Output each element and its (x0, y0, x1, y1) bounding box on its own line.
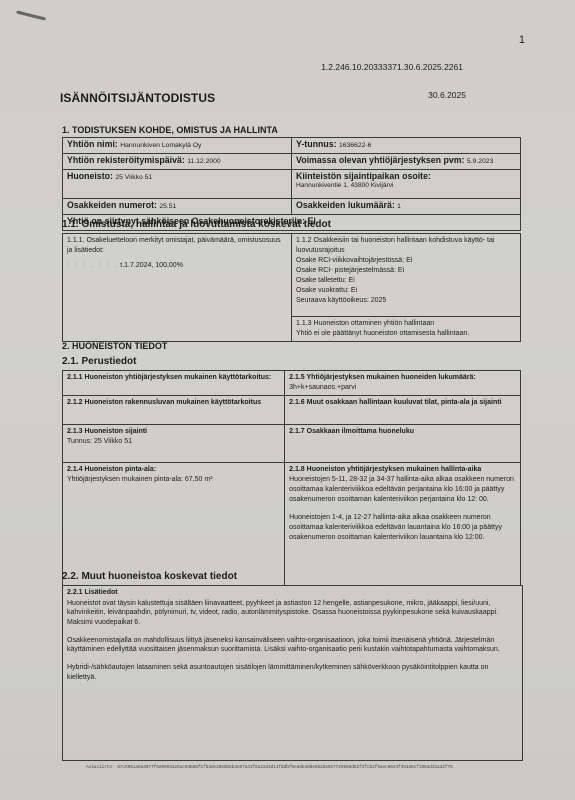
share-numbers: 25.51 (159, 203, 176, 210)
share-numbers-cell: Osakkeiden numerot: 25.51 (63, 199, 292, 215)
articles-date: 5.9.2023 (467, 158, 493, 165)
owners-cell: 1.1.1. Osakeluetteloon merkityt omistaja… (63, 234, 292, 342)
additional-info-paragraph: Osakkeenomistajalla on mahdollisuus liit… (67, 636, 518, 655)
document-page: 1 1.2.246.10.20333371.30.6.2025.2261 ISÄ… (0, 0, 575, 800)
takeover-title: 1.1.3 Huoneiston ottaminen yhtiön hallin… (296, 319, 516, 329)
share-count: 1 (397, 203, 401, 210)
restrictions-cell: 1.1.2 Osakkeisiin tai huoneiston hallint… (292, 234, 521, 317)
tenure-period-1: Huoneistojen 5-11, 28-32 ja 34-37 hallin… (289, 475, 516, 505)
restriction-2: Osake talletettu: Ei (296, 276, 516, 286)
restriction-1: Osake RCI- pistejärjestelmässä: Ei (296, 266, 516, 276)
takeover-text: Yhtiö ei ole päättänyt huoneiston ottami… (296, 329, 516, 339)
owner-details: t.1.7.2024, 100,00% (120, 262, 183, 269)
cell-2-1-5: 2.1.5 Yhtiöjärjestyksen mukainen huoneid… (285, 371, 521, 396)
takeover-cell: 1.1.3 Huoneiston ottaminen yhtiön hallin… (292, 317, 521, 342)
cell-2-1-8: 2.1.8 Huoneiston yhtiöjärjestyksen mukai… (285, 463, 521, 586)
restriction-4: Seuraava käyttöoikeus: 2025 (296, 296, 516, 306)
property-address: Hannunkiventie 1, 43800 Kivijärvi (296, 182, 516, 189)
additional-info-box: 2.2.1 Lisätiedot Huoneistot ovat täysin … (62, 585, 523, 761)
additional-info-title: 2.2.1 Lisätiedot (67, 588, 518, 598)
floor-area: Yhtiöjärjestyksen mukainen pinta-ala: 67… (67, 475, 280, 485)
additional-info-paragraph: Huoneistot ovat täysin kalustettuja sisä… (67, 599, 518, 627)
document-hash: Asiasiirto: 87c6651a9a3977f6e0993425ac04… (86, 765, 453, 770)
page-number: 1 (519, 34, 525, 46)
cell-2-1-7: 2.1.7 Osakkaan ilmoittama huoneluku (285, 425, 521, 463)
company-name-cell: Yhtiön nimi: Hannunkiven Lomakylä Oy (63, 138, 292, 154)
owner-entry: : : : . : : . t.1.7.2024, 100,00% (67, 262, 287, 269)
restrictions-title: 1.1.2 Osakkeisiin tai huoneiston hallint… (296, 236, 516, 256)
ownership-table: 1.1.1. Osakeluetteloon merkityt omistaja… (62, 233, 521, 342)
section-2-heading: 2. HUONEISTON TIEDOT (62, 341, 167, 351)
document-date: 30.6.2025 (428, 90, 466, 100)
section-2-1-heading: 2.1. Perustiedot (62, 356, 136, 367)
cell-2-1-2: 2.1.2 Huoneiston rakennusluvan mukainen … (63, 396, 285, 425)
cell-2-1-6: 2.1.6 Muut osakkaan hallintaan kuuluvat … (285, 396, 521, 425)
company-info-table: Yhtiön nimi: Hannunkiven Lomakylä Oy Y-t… (62, 137, 521, 231)
document-title: ISÄNNÖITSIJÄNTODISTUS (60, 91, 215, 105)
business-id: 1636622-6 (339, 142, 372, 149)
document-id: 1.2.246.10.20333371.30.6.2025.2261 (321, 62, 463, 72)
apartment-cell: Huoneisto: 25 Viikko 51 (63, 170, 292, 199)
cell-2-1-1: 2.1.1 Huoneiston yhtiöjärjestyksen mukai… (63, 371, 285, 396)
share-count-cell: Osakkeiden lukumäärä: 1 (292, 199, 521, 215)
apartment-location: Tunnus: 25 Viikko 51 (67, 437, 280, 447)
section-2-2-heading: 2.2. Muut huoneistoa koskevat tiedot (62, 571, 237, 582)
room-count: 3h+k+saunaos.+parvi (289, 383, 516, 393)
registration-date: 11.12.2000 (187, 158, 221, 165)
property-address-cell: Kiinteistön sijaintipaikan osoite:Hannun… (292, 170, 521, 199)
restriction-0: Osake RCI-viikkovaihtojärjestössä: Ei (296, 256, 516, 266)
section-1-1-heading: 1.1. Omistusta, hallintaa ja luovuttamis… (62, 219, 331, 230)
restriction-3: Osake vuokrattu: Ei (296, 286, 516, 296)
section-1-heading: 1. TODISTUKSEN KOHDE, OMISTUS JA HALLINT… (62, 125, 278, 135)
cell-2-1-3: 2.1.3 Huoneiston sijaintiTunnus: 25 Viik… (63, 425, 285, 463)
owner-name-redacted: : : : . : : . (67, 262, 118, 269)
registration-date-cell: Yhtiön rekisteröitymispäivä: 11.12.2000 (63, 154, 292, 170)
cell-2-1-4: 2.1.4 Huoneiston pinta-ala:Yhtiöjärjesty… (63, 463, 285, 586)
pen-mark (16, 10, 46, 20)
additional-info-paragraph: Hybridi-/sähköautojen lataaminen sekä as… (67, 663, 518, 682)
owners-title: 1.1.1. Osakeluetteloon merkityt omistaja… (67, 236, 287, 256)
company-name: Hannunkiven Lomakylä Oy (120, 142, 201, 149)
tenure-period-2: Huoneistojen 1-4, ja 12-27 hallinta-aika… (289, 513, 516, 543)
apartment-basic-info-table: 2.1.1 Huoneiston yhtiöjärjestyksen mukai… (62, 370, 521, 586)
articles-date-cell: Voimassa olevan yhtiöjärjestyksen pvm: 5… (292, 154, 521, 170)
apartment: 25 Viikko 51 (115, 174, 152, 181)
business-id-cell: Y-tunnus: 1636622-6 (292, 138, 521, 154)
